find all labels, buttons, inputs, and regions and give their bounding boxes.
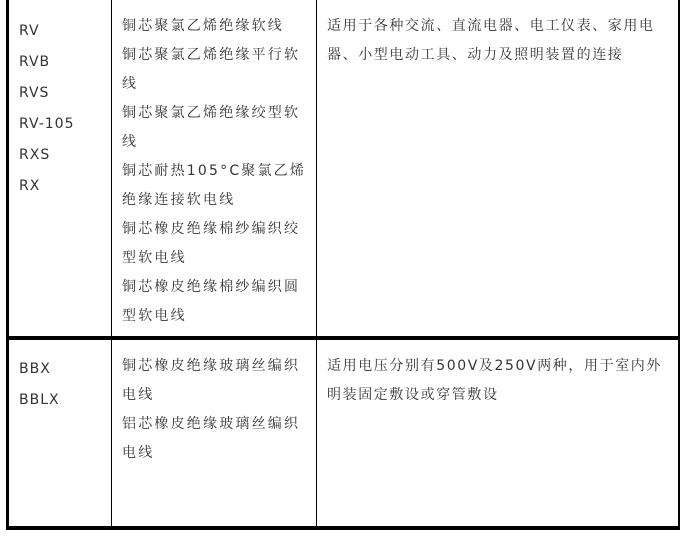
model-code: BBLX bbox=[19, 385, 111, 416]
model-code: RVS bbox=[19, 78, 111, 109]
cable-name: 铜芯橡皮绝缘棉纱编织绞型软电线 bbox=[122, 215, 308, 273]
model-cell: BBX BBLX bbox=[9, 340, 111, 526]
model-code: RV bbox=[19, 16, 111, 47]
cable-name: 铜芯聚氯乙烯绝缘软线 bbox=[122, 12, 308, 41]
name-cell: 铜芯橡皮绝缘玻璃丝编织电线 铝芯橡皮绝缘玻璃丝编织电线 bbox=[111, 340, 316, 526]
cable-name: 铜芯橡皮绝缘棉纱编织圆型软电线 bbox=[122, 273, 308, 331]
application-cell: 适用于各种交流、直流电器、电工仪表、家用电器、小型电动工具、动力及照明装置的连接 bbox=[316, 0, 678, 336]
name-cell: 铜芯聚氯乙烯绝缘软线 铜芯聚氯乙烯绝缘平行软线 铜芯聚氯乙烯绝缘绞型软线 铜芯耐… bbox=[111, 0, 316, 336]
model-code: RX bbox=[19, 171, 111, 202]
cable-name: 铜芯聚氯乙烯绝缘平行软线 bbox=[122, 41, 308, 99]
model-cell: RV RVB RVS RV-105 RXS RX bbox=[9, 0, 111, 336]
model-code: RV-105 bbox=[19, 109, 111, 140]
application-cell: 适用电压分别有500V及250V两种，用于室内外明装固定敷设或穿管敷设 bbox=[316, 340, 678, 526]
cable-name: 铝芯橡皮绝缘玻璃丝编织电线 bbox=[122, 410, 308, 468]
table-row: BBX BBLX 铜芯橡皮绝缘玻璃丝编织电线 铝芯橡皮绝缘玻璃丝编织电线 适用电… bbox=[9, 336, 678, 526]
application-text: 适用于各种交流、直流电器、电工仪表、家用电器、小型电动工具、动力及照明装置的连接 bbox=[327, 12, 670, 70]
model-code: BBX bbox=[19, 354, 111, 385]
application-text: 适用电压分别有500V及250V两种，用于室内外明装固定敷设或穿管敷设 bbox=[327, 352, 670, 410]
cable-name: 铜芯耐热105°C聚氯乙烯绝缘连接软电线 bbox=[122, 157, 308, 215]
cable-name: 铜芯聚氯乙烯绝缘绞型软线 bbox=[122, 99, 308, 157]
table-row: RV RVB RVS RV-105 RXS RX 铜芯聚氯乙烯绝缘软线 铜芯聚氯… bbox=[9, 0, 678, 336]
cable-name: 铜芯橡皮绝缘玻璃丝编织电线 bbox=[122, 352, 308, 410]
model-code: RXS bbox=[19, 140, 111, 171]
model-code: RVB bbox=[19, 47, 111, 78]
cable-spec-table: RV RVB RVS RV-105 RXS RX 铜芯聚氯乙烯绝缘软线 铜芯聚氯… bbox=[6, 0, 680, 530]
